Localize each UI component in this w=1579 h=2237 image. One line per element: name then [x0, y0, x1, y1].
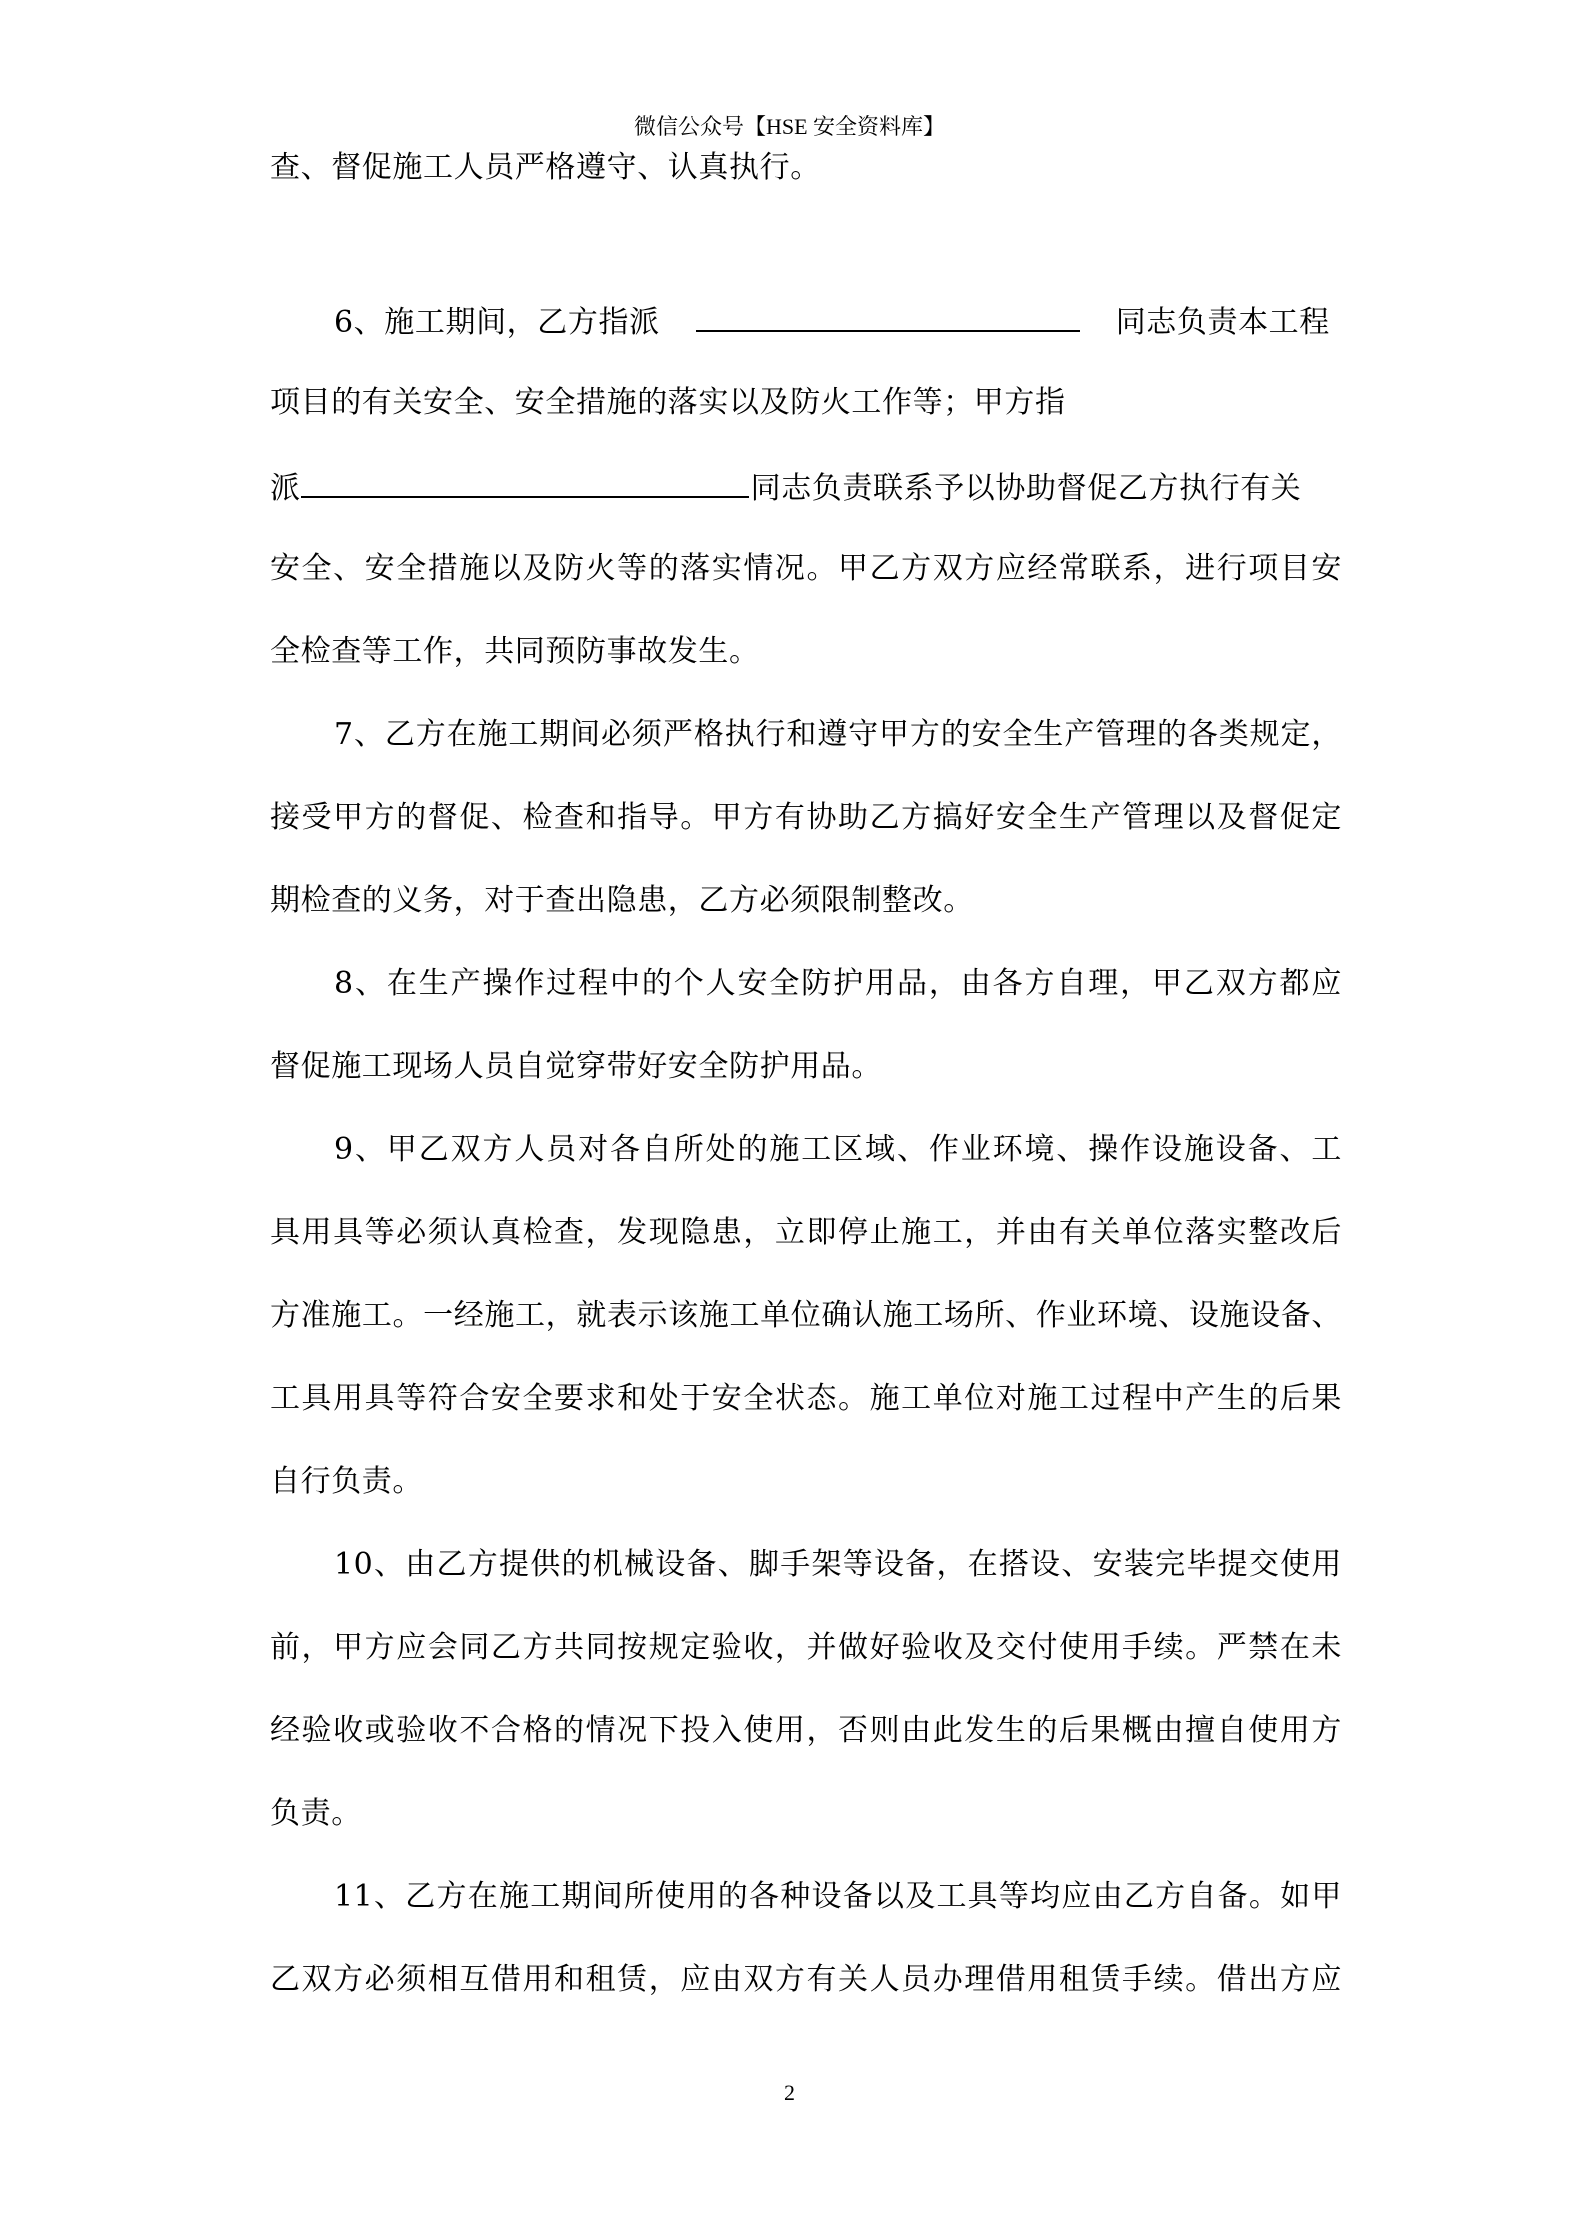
text-line: 11、乙方在施工期间所使用的各种设备以及工具等均应由乙方自备。如甲	[270, 1877, 1342, 1917]
text-line: 10、由乙方提供的机械设备、脚手架等设备，在搭设、安装完毕提交使用	[270, 1545, 1342, 1585]
clause-6-line-1: 6、施工期间，乙方指派同志负责本工程	[270, 300, 1342, 343]
text-segment: 同志负责联系予以协助督促乙方执行有关	[751, 471, 1302, 506]
text-line: 前，甲方应会同乙方共同按规定验收，并做好验收及交付使用手续。严禁在未	[270, 1628, 1342, 1668]
text-line: 查、督促施工人员严格遵守、认真执行。	[270, 148, 1342, 188]
signature-blank-field[interactable]	[301, 466, 749, 498]
text-line: 接受甲方的督促、检查和指导。甲方有协助乙方搞好安全生产管理以及督促定	[270, 798, 1342, 838]
clause-6-line-3: 派同志负责联系予以协助督促乙方执行有关	[270, 466, 1342, 509]
signature-blank-field[interactable]	[696, 300, 1080, 332]
text-line: 乙双方必须相互借用和租赁，应由双方有关人员办理借用租赁手续。借出方应	[270, 1960, 1342, 2000]
page-number: 2	[0, 2080, 1579, 2106]
text-line: 安全、安全措施以及防火等的落实情况。甲乙方双方应经常联系，进行项目安	[270, 549, 1342, 589]
text-line: 工具用具等符合安全要求和处于安全状态。施工单位对施工过程中产生的后果	[270, 1379, 1342, 1419]
text-line: 负责。	[270, 1794, 1342, 1834]
text-line: 8、在生产操作过程中的个人安全防护用品，由各方自理，甲乙双方都应	[270, 964, 1342, 1004]
text-segment: 同志负责本工程	[1116, 305, 1330, 340]
text-segment: 6、施工期间，乙方指派	[334, 305, 660, 340]
text-line: 项目的有关安全、安全措施的落实以及防火工作等；甲方指	[270, 383, 1342, 423]
text-segment: 派	[270, 471, 301, 506]
page-header: 微信公众号【HSE 安全资料库】	[0, 112, 1579, 142]
text-line: 督促施工现场人员自觉穿带好安全防护用品。	[270, 1047, 1342, 1087]
text-line: 期检查的义务，对于查出隐患，乙方必须限制整改。	[270, 881, 1342, 921]
text-line: 方准施工。一经施工，就表示该施工单位确认施工场所、作业环境、设施设备、	[270, 1296, 1342, 1336]
text-line: 9、甲乙双方人员对各自所处的施工区域、作业环境、操作设施设备、工	[270, 1130, 1342, 1170]
text-line: 经验收或验收不合格的情况下投入使用，否则由此发生的后果概由擅自使用方	[270, 1711, 1342, 1751]
text-line: 具用具等必须认真检查，发现隐患，立即停止施工，并由有关单位落实整改后	[270, 1213, 1342, 1253]
text-line: 全检查等工作，共同预防事故发生。	[270, 632, 1342, 672]
text-line: 自行负责。	[270, 1462, 1342, 1502]
text-line: 7、乙方在施工期间必须严格执行和遵守甲方的安全生产管理的各类规定，	[270, 715, 1342, 755]
